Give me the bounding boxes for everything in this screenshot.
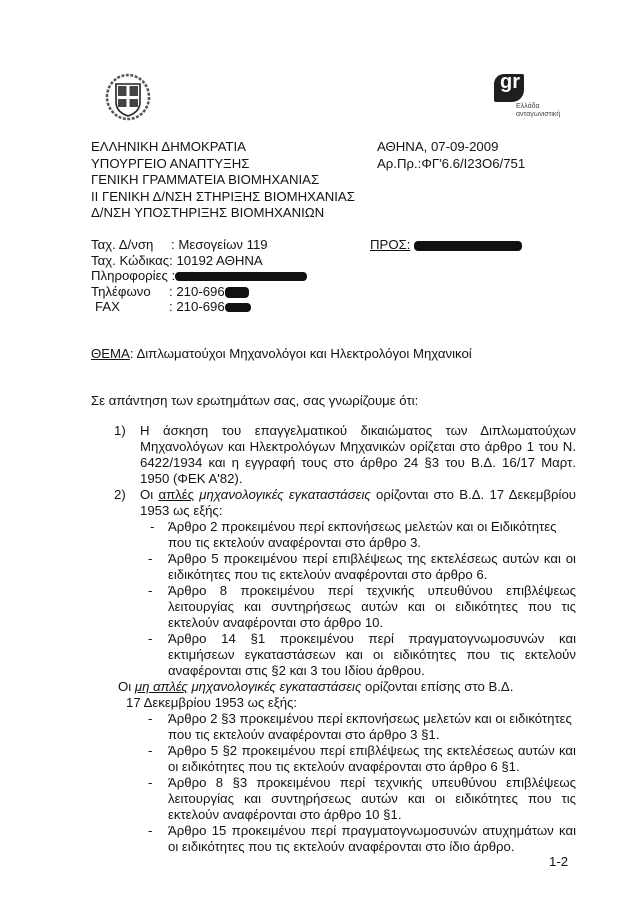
- place-date: ΑΘΗΝΑ, 07-09-2009: [377, 139, 525, 156]
- bullet-dash: -: [148, 711, 152, 727]
- subject-text: : Διπλωματούχοι Μηχανολόγοι και Ηλεκτρολ…: [130, 346, 472, 361]
- bullet-item: - Άρθρο 15 προκειμένου περί πραγματογνωμ…: [114, 823, 576, 855]
- greek-emblem-icon: [104, 72, 152, 122]
- item-number: 1): [114, 423, 126, 439]
- paragraph-non-simple-line2: 17 Δεκεμβρίου 1953 ως εξής:: [114, 695, 576, 711]
- bullet-item: - Άρθρο 8 προκειμένου περί τεχνικής υπευ…: [114, 583, 576, 631]
- intro-text: Σε απάντηση των ερωτημάτων σας, σας γνωρ…: [91, 393, 418, 409]
- bullet-item: - Άρθρο 8 §3 προκειμένου περί τεχνικής υ…: [114, 775, 576, 823]
- bullet-text: Άρθρο 5 §2 προκειμένου περί επιβλέψεως τ…: [168, 743, 576, 774]
- page-number: 1-2: [549, 854, 568, 870]
- para-italic: μηχανολογικές εγκαταστάσεις: [188, 679, 362, 694]
- item-text: Η άσκηση του επαγγελματικού δικαιώματος …: [140, 423, 576, 486]
- list-item: 1) Η άσκηση του επαγγελματικού δικαιώματ…: [114, 423, 576, 487]
- bullet-item: - Άρθρο 2 προκειμένου περί εκπονήσεως με…: [114, 519, 576, 551]
- greece-competitive-logo: gr Ελλάδα ανταγωνιστική: [486, 70, 566, 126]
- address-label: Ταχ. Δ/νση: [91, 237, 171, 253]
- address-value: : Μεσογείων 119: [171, 237, 268, 252]
- paragraph-non-simple: Οι μη απλές μηχανολογικές εγκαταστάσεις …: [114, 679, 576, 695]
- redaction-bar: [175, 272, 307, 281]
- bullet-text: Άρθρο 2 προκειμένου περί εκπονήσεως μελε…: [168, 519, 556, 550]
- postcode-label: Ταχ. Κώδικας:: [91, 253, 173, 268]
- item-text-pre: Οι: [140, 487, 158, 502]
- bullet-text: Άρθρο 8 προκειμένου περί τεχνικής υπευθύ…: [168, 583, 576, 630]
- logo-subtitle-line1: Ελλάδα: [516, 103, 560, 111]
- fax-value: : 210-696: [169, 299, 225, 314]
- issuing-authority: ΕΛΛΗΝΙΚΗ ΔΗΜΟΚΡΑΤΙΑ ΥΠΟΥΡΓΕΙΟ ΑΝΑΠΤΥΞΗΣ …: [91, 139, 355, 222]
- item-text-italic: μηχανολογικές εγκαταστάσεις: [194, 487, 371, 502]
- authority-line: ΕΛΛΗΝΙΚΗ ΔΗΜΟΚΡΑΤΙΑ: [91, 139, 355, 156]
- fax-row: FAX: 210-696: [91, 299, 307, 315]
- phone-value: : 210-696: [169, 284, 225, 299]
- authority-line: Δ/ΝΣΗ ΥΠΟΣΤΗΡΙΞΗΣ ΒΙΟΜΗΧΑΝΙΩΝ: [91, 205, 355, 222]
- postcode-row: Ταχ. Κώδικας: 10192 ΑΘΗΝΑ: [91, 253, 307, 269]
- phone-row: Τηλέφωνο: 210-696: [91, 284, 307, 300]
- address-row: Ταχ. Δ/νση: Μεσογείων 119: [91, 237, 307, 253]
- subject-line: ΘΕΜΑ: Διπλωματούχοι Μηχανολόγοι και Ηλεκ…: [91, 346, 472, 362]
- para-underlined: μη απλές: [135, 679, 188, 694]
- numbered-list: 1) Η άσκηση του επαγγελματικού δικαιώματ…: [114, 423, 576, 855]
- item-text-underlined: απλές: [158, 487, 194, 502]
- protocol-number: Αρ.Πρ.:ΦΓ'6.6/Ι23Ο6/751: [377, 156, 525, 173]
- list-item: 2) Οι απλές μηχανολογικές εγκαταστάσεις …: [114, 487, 576, 519]
- authority-line: ΙΙ ΓΕΝΙΚΗ Δ/ΝΣΗ ΣΤΗΡΙΞΗΣ ΒΙΟΜΗΧΑΝΙΑΣ: [91, 189, 355, 206]
- bullet-item: - Άρθρο 5 προκειμένου περί επιβλέψεως τη…: [114, 551, 576, 583]
- recipient-label: ΠΡΟΣ:: [370, 237, 410, 252]
- info-label: Πληροφορίες: [91, 268, 168, 283]
- bullet-text: Άρθρο 8 §3 προκειμένου περί τεχνικής υπε…: [168, 775, 576, 822]
- bullet-dash: -: [148, 583, 152, 599]
- logo-mark-text: gr: [500, 74, 520, 90]
- bullet-dash: -: [150, 519, 154, 535]
- recipient: ΠΡΟΣ:: [370, 237, 522, 253]
- bullet-dash: -: [148, 631, 152, 647]
- redaction-bar: [225, 287, 249, 298]
- authority-line: ΥΠΟΥΡΓΕΙΟ ΑΝΑΠΤΥΞΗΣ: [91, 156, 355, 173]
- bullet-dash: -: [148, 775, 152, 791]
- para-post: ορίζονται επίσης στο Β.Δ.: [361, 679, 513, 694]
- info-row: Πληροφορίες :: [91, 268, 307, 284]
- bullet-text: Άρθρο 5 προκειμένου περί επιβλέψεως της …: [168, 551, 576, 582]
- bullet-dash: -: [148, 743, 152, 759]
- address-block: Ταχ. Δ/νση: Μεσογείων 119 Ταχ. Κώδικας: …: [91, 237, 307, 315]
- subject-label: ΘΕΜΑ: [91, 346, 130, 361]
- bullet-item: - Άρθρο 2 §3 προκειμένου περί εκπονήσεως…: [114, 711, 576, 743]
- logo-subtitle-line2: ανταγωνιστική: [516, 111, 560, 119]
- bullet-text: Άρθρο 2 §3 προκειμένου περί εκπονήσεως μ…: [168, 711, 572, 742]
- postcode-value: 10192 ΑΘΗΝΑ: [176, 253, 262, 268]
- bullet-text: Άρθρο 15 προκειμένου περί πραγματογνωμοσ…: [168, 823, 576, 854]
- bullet-dash: -: [148, 823, 152, 839]
- bullet-item: - Άρθρο 5 §2 προκειμένου περί επιβλέψεως…: [114, 743, 576, 775]
- bullet-item: - Άρθρο 14 §1 προκειμένου περί πραγματογ…: [114, 631, 576, 679]
- phone-label: Τηλέφωνο: [91, 284, 169, 300]
- authority-line: ΓΕΝΙΚΗ ΓΡΑΜΜΑΤΕΙΑ ΒΙΟΜΗΧΑΝΙΑΣ: [91, 172, 355, 189]
- item-number: 2): [114, 487, 126, 503]
- fax-label: FAX: [91, 299, 169, 315]
- redaction-bar: [225, 303, 251, 312]
- redaction-bar: [414, 241, 522, 251]
- logo-subtitle: Ελλάδα ανταγωνιστική: [516, 103, 560, 119]
- para-pre: Οι: [118, 679, 135, 694]
- bullet-text: Άρθρο 14 §1 προκειμένου περί πραγματογνω…: [168, 631, 576, 678]
- document-reference: ΑΘΗΝΑ, 07-09-2009 Αρ.Πρ.:ΦΓ'6.6/Ι23Ο6/75…: [377, 139, 525, 172]
- bullet-dash: -: [148, 551, 152, 567]
